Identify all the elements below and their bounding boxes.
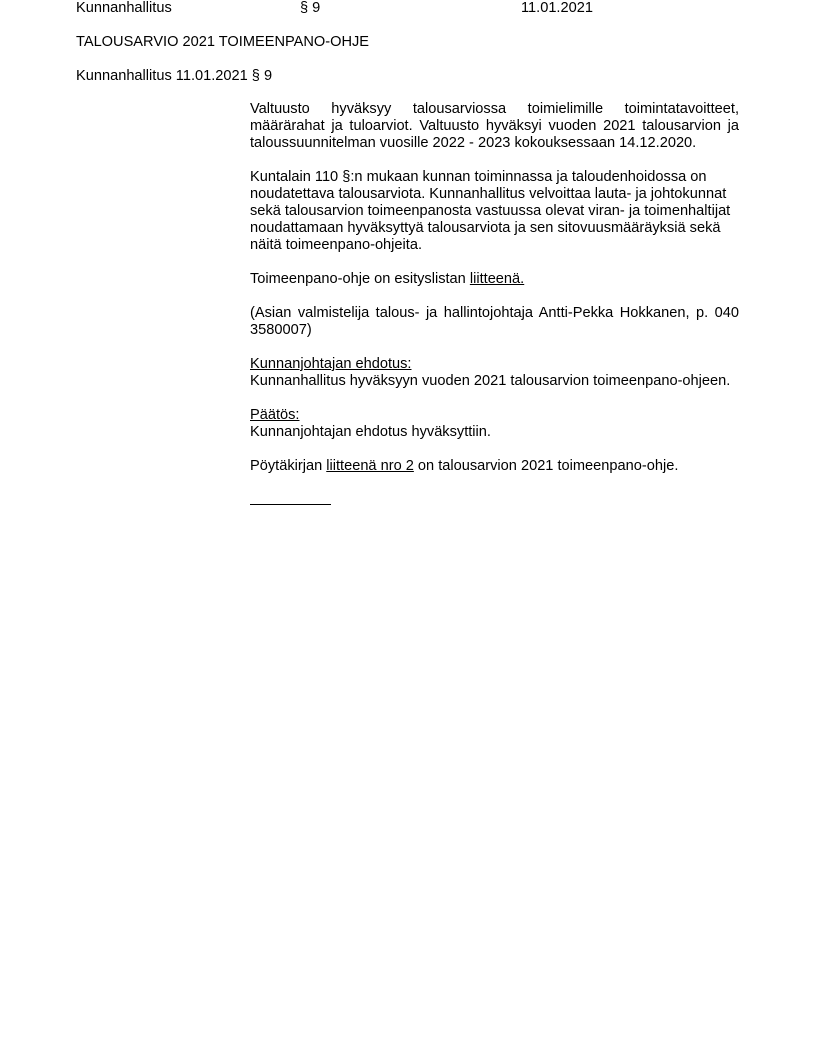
- end-rule-divider: [250, 492, 331, 505]
- document-body: Valtuusto hyväksyy talousarviossa toimie…: [250, 101, 739, 527]
- paragraph-minutes-attachment: Pöytäkirjan liitteenä nro 2 on talousarv…: [250, 458, 739, 475]
- document-title: TALOUSARVIO 2021 TOIMEENPANO-OHJE: [76, 34, 369, 51]
- minutes-suffix: on talousarvion 2021 toimeenpano-ohje.: [414, 458, 679, 474]
- paragraph-budget-approval: Valtuusto hyväksyy talousarviossa toimie…: [250, 101, 739, 152]
- paragraph-preparer: (Asian valmistelija talous- ja hallintoj…: [250, 305, 739, 339]
- proposal-label: Kunnanjohtajan ehdotus:: [250, 356, 411, 372]
- attachment-note-text: Toimeenpano-ohje on esityslistan: [250, 271, 470, 287]
- header-date: 11.01.2021: [521, 0, 593, 17]
- minutes-attachment-link[interactable]: liitteenä nro 2: [326, 458, 414, 474]
- header-section: § 9: [300, 0, 320, 17]
- decision-text: Kunnanjohtajan ehdotus hyväksyttiin.: [250, 424, 491, 440]
- proposal-block: Kunnanjohtajan ehdotus:Kunnanhallitus hy…: [250, 356, 739, 390]
- attachment-link[interactable]: liitteenä.: [470, 271, 524, 287]
- signature-rule-block: [250, 492, 739, 510]
- header-body-name: Kunnanhallitus: [76, 0, 172, 17]
- minutes-prefix: Pöytäkirjan: [250, 458, 326, 474]
- proposal-text: Kunnanhallitus hyväksyyn vuoden 2021 tal…: [250, 373, 730, 389]
- decision-label: Päätös:: [250, 407, 300, 423]
- meeting-reference: Kunnanhallitus 11.01.2021 § 9: [76, 68, 272, 85]
- paragraph-attachment-note: Toimeenpano-ohje on esityslistan liittee…: [250, 271, 739, 288]
- decision-block: Päätös:Kunnanjohtajan ehdotus hyväksytti…: [250, 407, 739, 441]
- paragraph-municipal-law: Kuntalain 110 §:n mukaan kunnan toiminna…: [250, 169, 739, 254]
